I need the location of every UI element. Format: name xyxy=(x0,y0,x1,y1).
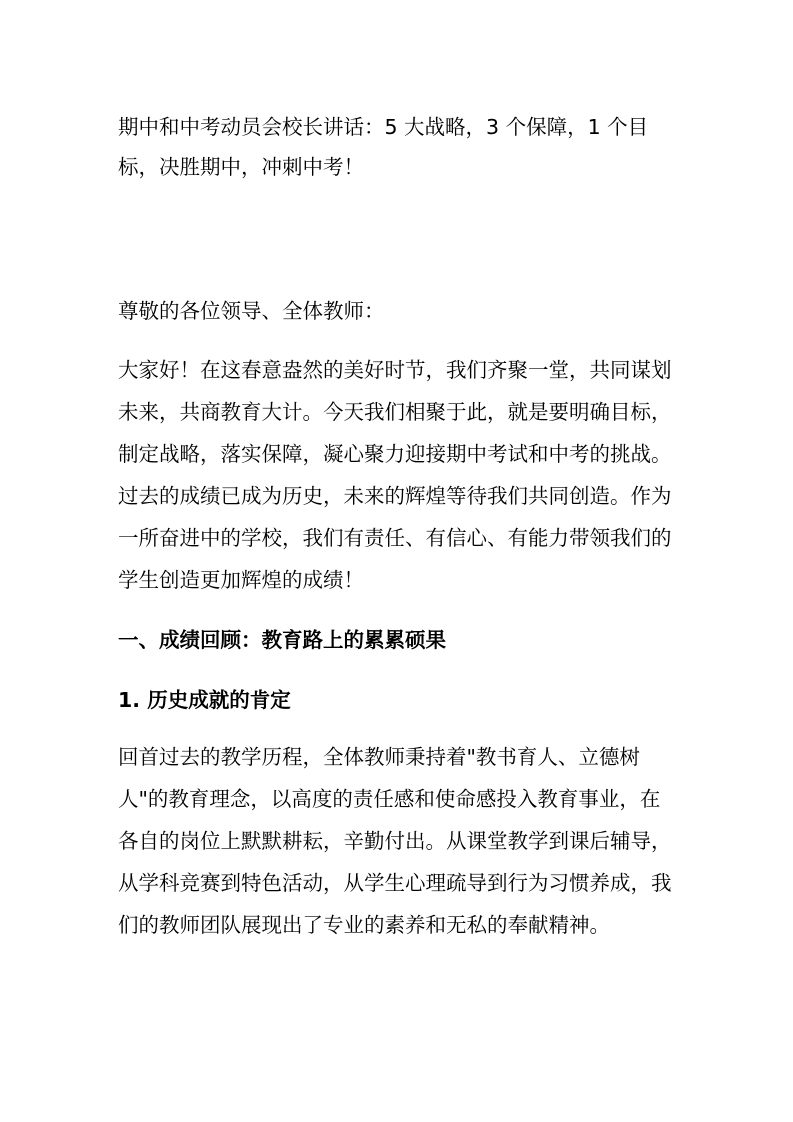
subsection-paragraph: 回首过去的教学历程，全体教师秉持着"教书育人、立德树人"的教育理念，以高度的责任… xyxy=(118,736,678,946)
intro-paragraph: 大家好！在这春意盎然的美好时节，我们齐聚一堂，共同谋划未来，共商教育大计。今天我… xyxy=(118,349,678,601)
document-title: 期中和中考动员会校长讲话：5 大战略，3 个保障，1 个目标，决胜期中，冲刺中考… xyxy=(118,107,678,187)
subsection-heading: 1. 历史成就的肯定 xyxy=(118,685,678,715)
salutation: 尊敬的各位领导、全体教师： xyxy=(118,290,678,332)
section-heading: 一、成绩回顾：教育路上的累累硕果 xyxy=(118,625,678,655)
